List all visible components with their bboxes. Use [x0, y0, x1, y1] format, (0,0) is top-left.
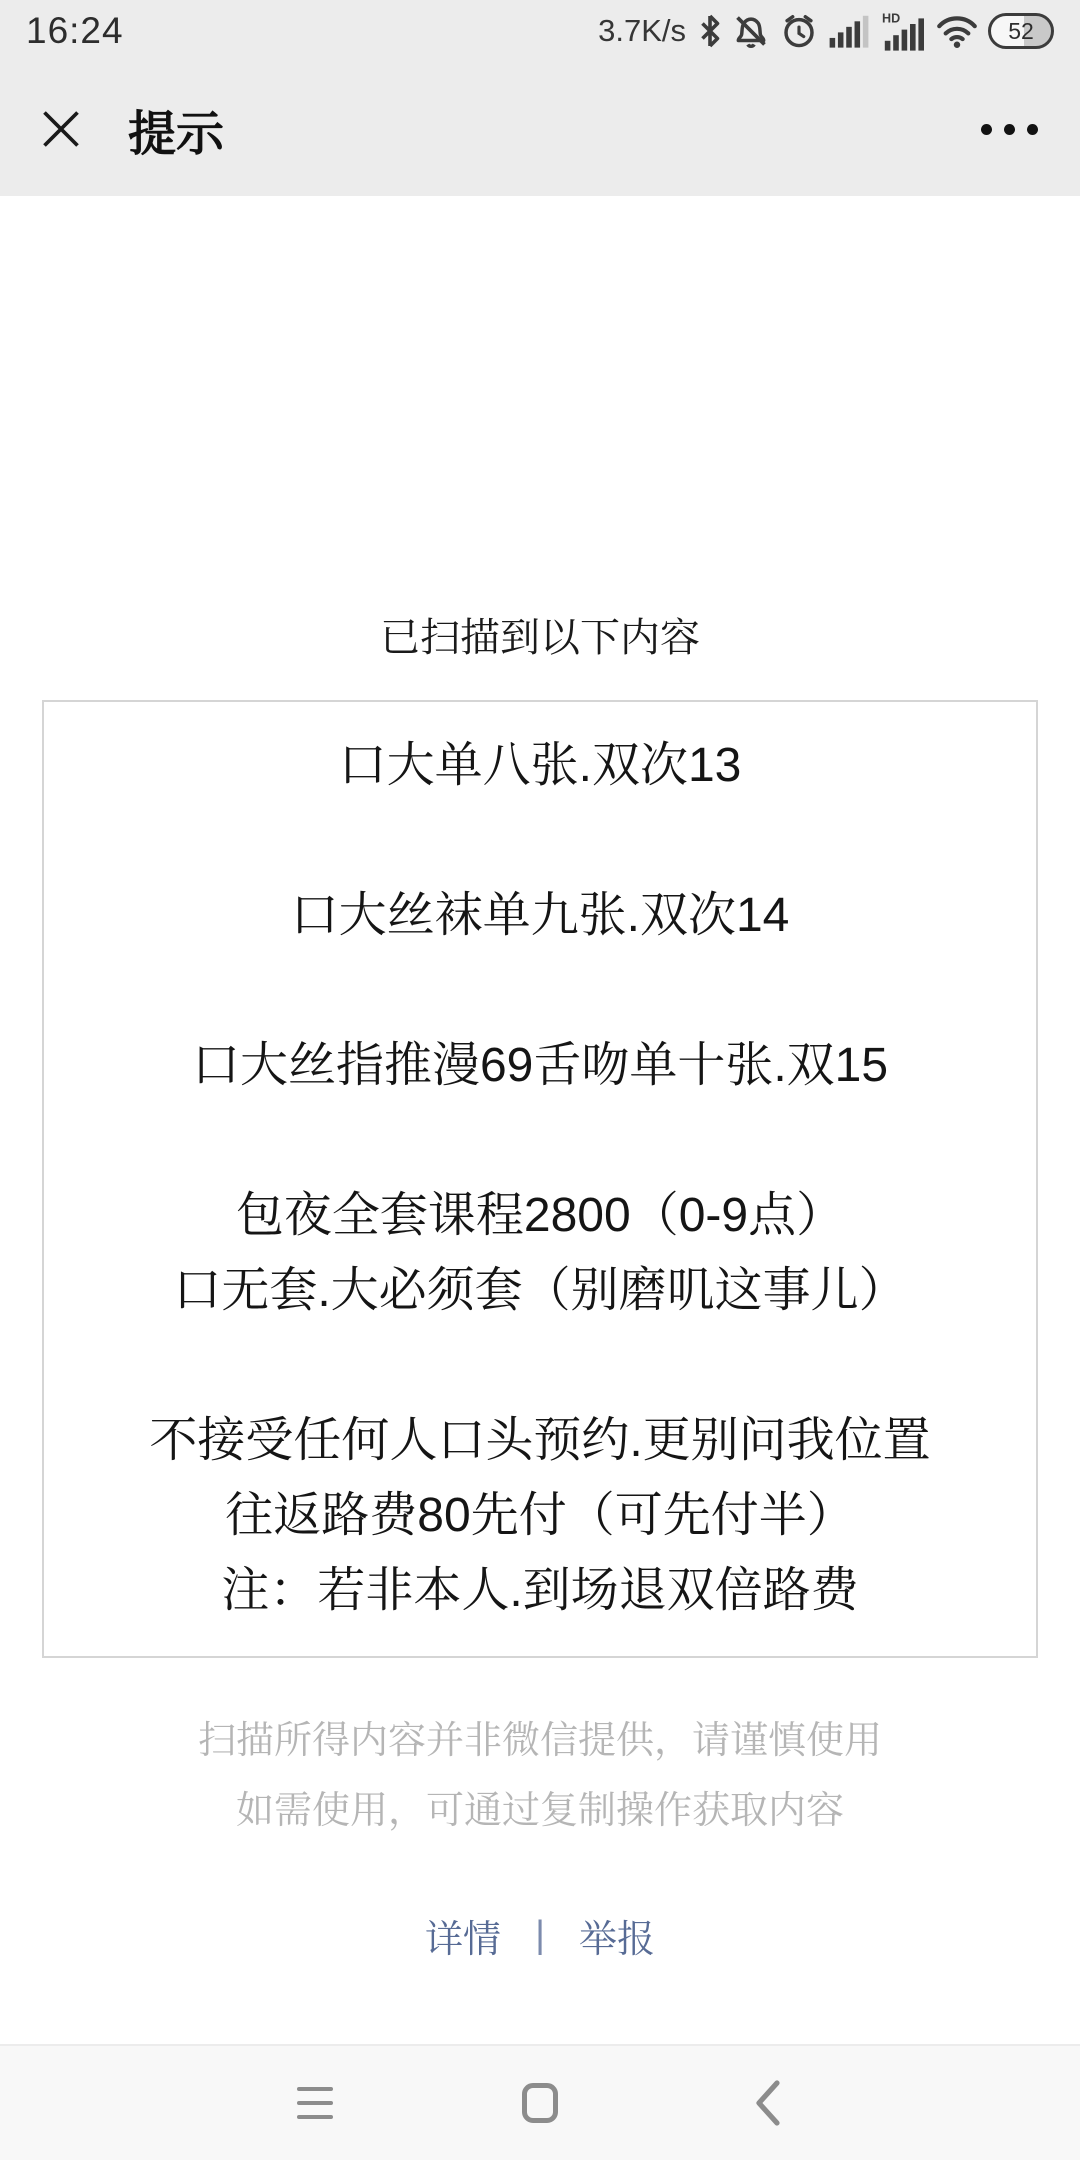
content-group: 口大丝指推漫69舌吻单十张.双15 — [52, 1028, 1028, 1103]
scanned-text-line: 口大丝袜单九张.双次14 — [52, 878, 1028, 953]
home-icon[interactable] — [495, 2046, 585, 2160]
scanned-text-line: 往返路费80先付（可先付半） — [52, 1478, 1028, 1553]
content-group: 口大单八张.双次13 — [52, 728, 1028, 803]
back-icon[interactable] — [722, 2046, 812, 2160]
content-group: 口大丝袜单九张.双次14 — [52, 878, 1028, 953]
scanned-text-line: 不接受任何人口头预约.更别问我位置 — [52, 1403, 1028, 1478]
action-links: 详情 | 举报 — [0, 1908, 1080, 1963]
disclaimer-line: 如需使用，可通过复制操作获取内容 — [0, 1776, 1080, 1846]
system-nav-bar — [0, 2044, 1080, 2160]
scan-result-label: 已扫描到以下内容 — [0, 606, 1080, 663]
recents-icon[interactable] — [270, 2046, 360, 2160]
battery-icon: 52 — [988, 13, 1054, 49]
close-icon[interactable] — [38, 106, 84, 152]
mute-bell-icon — [732, 12, 770, 50]
alarm-clock-icon — [780, 12, 818, 50]
scanned-text-line: 口大单八张.双次13 — [52, 728, 1028, 803]
phone-screen: 16:24 3.7K/s — [0, 0, 1080, 2160]
disclaimer-line: 扫描所得内容并非微信提供，请谨慎使用 — [0, 1706, 1080, 1776]
hd-signal-bars-icon: HD — [880, 10, 926, 52]
disclaimer: 扫描所得内容并非微信提供，请谨慎使用 如需使用，可通过复制操作获取内容 — [0, 1706, 1080, 1846]
network-speed: 3.7K/s — [598, 13, 686, 49]
bluetooth-icon — [698, 12, 722, 50]
scanned-text-line: 注：若非本人.到场退双倍路费 — [52, 1553, 1028, 1628]
details-link[interactable]: 详情 — [425, 1908, 501, 1963]
scanned-text-line: 口大丝指推漫69舌吻单十张.双15 — [52, 1028, 1028, 1103]
more-menu-icon[interactable] — [977, 110, 1042, 149]
scanned-content-box: 口大单八张.双次13 口大丝袜单九张.双次14 口大丝指推漫69舌吻单十张.双1… — [42, 700, 1038, 1658]
report-link[interactable]: 举报 — [579, 1908, 655, 1963]
scanned-text-line: 口无套.大必须套（别磨叽这事儿） — [52, 1253, 1028, 1328]
battery-percent: 52 — [1008, 18, 1034, 45]
signal-bars-icon — [828, 13, 870, 49]
clock-time: 16:24 — [26, 10, 124, 52]
page-title: 提示 — [128, 95, 224, 164]
header: 提示 — [0, 62, 1080, 196]
content-group: 不接受任何人口头预约.更别问我位置 往返路费80先付（可先付半） 注：若非本人.… — [52, 1403, 1028, 1628]
content-group: 包夜全套课程2800（0-9点） 口无套.大必须套（别磨叽这事儿） — [52, 1178, 1028, 1328]
status-icons: 3.7K/s HD — [598, 10, 1054, 52]
link-separator: | — [535, 1914, 545, 1957]
svg-text:HD: HD — [882, 12, 900, 26]
wifi-icon — [936, 13, 978, 49]
scanned-text-line: 包夜全套课程2800（0-9点） — [52, 1178, 1028, 1253]
status-bar: 16:24 3.7K/s — [0, 0, 1080, 62]
